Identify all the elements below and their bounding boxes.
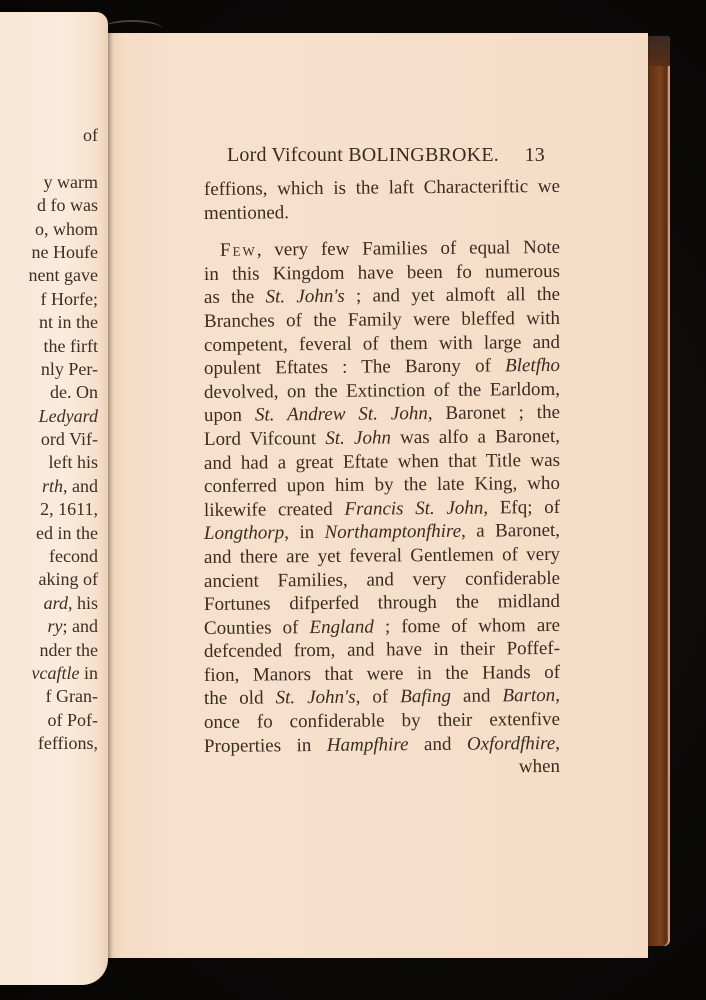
text-line: upon St. Andrew St. John, Baronet ; the bbox=[204, 401, 560, 428]
text-line: mentioned. bbox=[204, 198, 560, 225]
text-line: Longthorp, in Northamptonfhire, a Barone… bbox=[204, 519, 560, 546]
italic-name: Francis St. John bbox=[344, 497, 483, 519]
italic-name: St. John's bbox=[265, 286, 344, 308]
italic-place: Bafing bbox=[400, 686, 451, 707]
left-page-line-fragment: nt in the bbox=[0, 311, 98, 334]
left-page-line-fragment: de. On bbox=[0, 381, 98, 404]
italic-place: Bletfho bbox=[505, 355, 560, 376]
left-page-line-fragment: aking of bbox=[0, 568, 98, 591]
running-head-title: Lord Vifcount BOLINGBROKE. bbox=[227, 144, 499, 166]
left-page-line-fragment: ed in the bbox=[0, 522, 98, 545]
text-span: and bbox=[408, 733, 467, 755]
italic-place: England bbox=[309, 616, 374, 638]
left-page-line-fragment: the firft bbox=[0, 335, 98, 358]
left-page: ofy warmd fo waso, whomne Houfenent gave… bbox=[0, 12, 108, 985]
text-line: once fo confiderable by their extenfive bbox=[204, 708, 560, 735]
text-span: upon bbox=[204, 405, 255, 426]
italic-place: Northamptonfhire bbox=[324, 521, 461, 543]
text-line: ancient Families, and very confiderable bbox=[204, 566, 560, 593]
text-line-paragraph-start: Few, very few Families of equal Note bbox=[204, 236, 560, 263]
left-page-line-fragment: fecond bbox=[0, 545, 98, 568]
text-line: Lord Vifcount St. John was alfo a Barone… bbox=[204, 425, 560, 452]
text-span: and bbox=[451, 686, 503, 707]
italic-place: Longthorp bbox=[204, 523, 284, 545]
left-page-line-fragment: of bbox=[0, 124, 98, 147]
left-page-line-fragment: ry; and bbox=[0, 615, 98, 638]
italic-name: St. John's bbox=[275, 687, 355, 709]
right-page-body: feffions, which is the laft Characterift… bbox=[204, 178, 560, 782]
text-span: likewife created bbox=[204, 498, 345, 520]
text-span: ; and yet almoft all the bbox=[345, 284, 560, 307]
text-line: and had a great Eftate when that Title w… bbox=[204, 448, 560, 475]
text-line: defcended from, and have in their Poffef… bbox=[204, 637, 560, 664]
left-page-line-fragment: 2, 1611, bbox=[0, 498, 98, 521]
text-line: as the St. John's ; and yet almoft all t… bbox=[204, 283, 560, 310]
text-span: , bbox=[555, 685, 560, 706]
left-page-line-fragment: f Gran- bbox=[0, 685, 98, 708]
left-page-line-fragment: nent gave bbox=[0, 264, 98, 287]
page-number: 13 bbox=[525, 144, 545, 167]
small-caps-lead: Few bbox=[220, 240, 257, 261]
text-line: Counties of England ; fome of whom are bbox=[204, 614, 560, 641]
left-page-line-fragment: d fo was bbox=[0, 194, 98, 217]
italic-name: St. Andrew St. John bbox=[255, 403, 428, 426]
text-span: , very few Families of equal Note bbox=[257, 237, 560, 261]
text-span: opulent Eftates : The Barony of bbox=[204, 356, 505, 380]
text-span: Lord Vifcount bbox=[204, 428, 325, 450]
text-line: competent, feveral of them with large an… bbox=[204, 330, 560, 357]
left-page-line-fragment: nder the bbox=[0, 639, 98, 662]
left-page-line-fragment: feffions, bbox=[0, 732, 98, 755]
left-page-line-fragment: of Pof- bbox=[0, 709, 98, 732]
left-page-line-fragment: f Horfe; bbox=[0, 288, 98, 311]
text-span: , Baronet ; the bbox=[428, 402, 560, 424]
text-line: Properties in Hampfhire and Oxfordfhire, bbox=[204, 732, 560, 759]
text-line: devolved, on the Extinction of the Earld… bbox=[204, 378, 560, 405]
italic-name: St. John bbox=[325, 427, 391, 449]
text-span: , Efq; of bbox=[483, 497, 560, 519]
left-page-line-fragment: ard, his bbox=[0, 592, 98, 615]
text-line: opulent Eftates : The Barony of Bletfho bbox=[204, 354, 560, 381]
italic-place: Hampfhire bbox=[327, 734, 409, 756]
text-line: conferred upon him by the late King, who bbox=[204, 472, 560, 499]
left-page-line-fragment: Ledyard bbox=[0, 405, 98, 428]
text-line: Fortunes difperfed through the midland bbox=[204, 590, 560, 617]
text-line: feffions, which is the laft Characterift… bbox=[204, 175, 560, 202]
left-page-line-fragment: vcaftle in bbox=[0, 662, 98, 685]
text-line: likewife created Francis St. John, Efq; … bbox=[204, 496, 560, 523]
left-page-line-fragment: ord Vif- bbox=[0, 428, 98, 451]
left-page-line-fragment: rth, and bbox=[0, 475, 98, 498]
text-line: and there are yet feveral Gentlemen of v… bbox=[204, 543, 560, 570]
text-span: , in bbox=[284, 522, 325, 543]
left-page-fragments: ofy warmd fo waso, whomne Houfenent gave… bbox=[0, 124, 98, 756]
text-span: the old bbox=[204, 688, 276, 710]
left-page-line-fragment: left his bbox=[0, 451, 98, 474]
text-span: , a Baronet, bbox=[461, 520, 560, 542]
text-span: as the bbox=[204, 287, 266, 309]
left-page-line-fragment: ne Houfe bbox=[0, 241, 98, 264]
italic-place: Barton bbox=[502, 685, 555, 706]
text-span: ; fome of whom are bbox=[374, 615, 560, 638]
text-span: Properties in bbox=[204, 735, 327, 757]
italic-place: Oxfordfhire bbox=[467, 733, 555, 755]
running-head: Lord Vifcount BOLINGBROKE. 13 bbox=[227, 144, 543, 167]
text-span: was alfo a Baronet, bbox=[391, 426, 560, 448]
text-span: , bbox=[555, 733, 560, 754]
text-span: Counties of bbox=[204, 617, 310, 639]
left-page-line-fragment: nly Per- bbox=[0, 358, 98, 381]
book-board-top bbox=[646, 36, 670, 66]
left-page-line-fragment: o, whom bbox=[0, 218, 98, 241]
text-line: the old St. John's, of Bafing and Barton… bbox=[204, 684, 560, 711]
book-board-edge bbox=[646, 36, 670, 946]
left-page-line-fragment: y warm bbox=[0, 171, 98, 194]
text-span: , of bbox=[355, 687, 400, 708]
catchword: when bbox=[204, 755, 560, 782]
text-line: Branches of the Family were bleffed with bbox=[204, 307, 560, 334]
left-page-line-fragment bbox=[0, 147, 98, 170]
